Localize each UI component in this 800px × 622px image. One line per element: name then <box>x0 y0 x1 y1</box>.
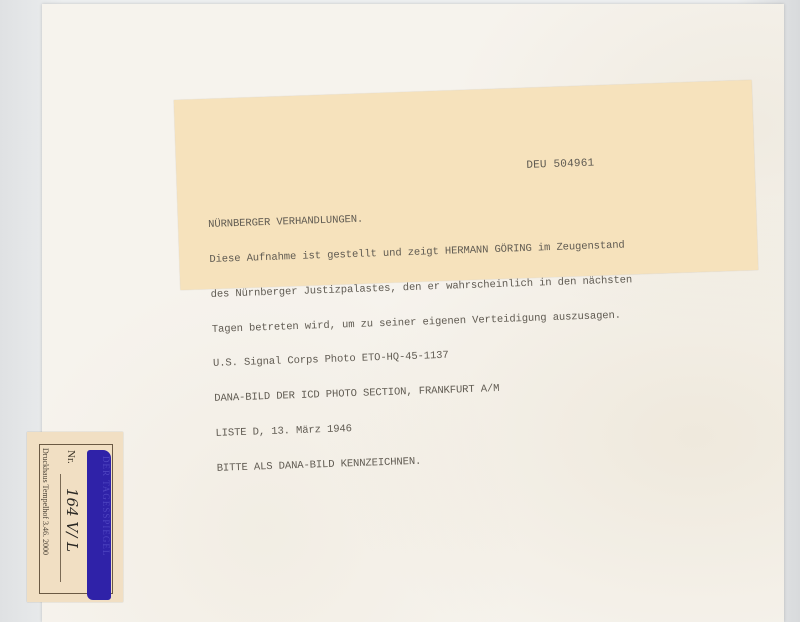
caption-line: U.S. Signal Corps Photo ETO-HQ-45-1137 <box>213 345 635 371</box>
stamp-header: DER TAGESSPIEGEL <box>87 450 111 600</box>
number-underline <box>60 474 61 582</box>
archive-stamp-label: DER TAGESSPIEGEL Nr. 164 V/ L Druckhaus … <box>27 432 123 602</box>
reference-number: DEU 504961 <box>526 158 594 172</box>
caption-line: NÜRNBERGER VERHANDLUNGEN. <box>208 205 630 231</box>
number-label: Nr. <box>65 450 77 464</box>
caption-line: Diese Aufnahme ist gestellt und zeigt HE… <box>209 240 631 266</box>
printer-imprint: Druckhaus Tempelhof 3.46. 2000 <box>41 448 50 555</box>
photo-back: DEU 504961 NÜRNBERGER VERHANDLUNGEN. Die… <box>42 4 784 622</box>
caption-line: Tagen betreten wird, um zu seiner eigene… <box>212 310 634 336</box>
handwritten-number: 164 V/ L <box>63 488 81 552</box>
caption-line: DANA-BILD DER ICD PHOTO SECTION, FRANKFU… <box>214 379 636 405</box>
caption-line: des Nürnberger Justizpalastes, den er wa… <box>210 275 632 301</box>
caption-line: BITTE ALS DANA-BILD KENNZEICHNEN. <box>217 449 639 475</box>
caption-text: NÜRNBERGER VERHANDLUNGEN. Diese Aufnahme… <box>207 182 639 498</box>
caption-line: LISTE D, 13. März 1946 <box>215 414 637 440</box>
caption-slip: DEU 504961 NÜRNBERGER VERHANDLUNGEN. Die… <box>174 80 758 290</box>
